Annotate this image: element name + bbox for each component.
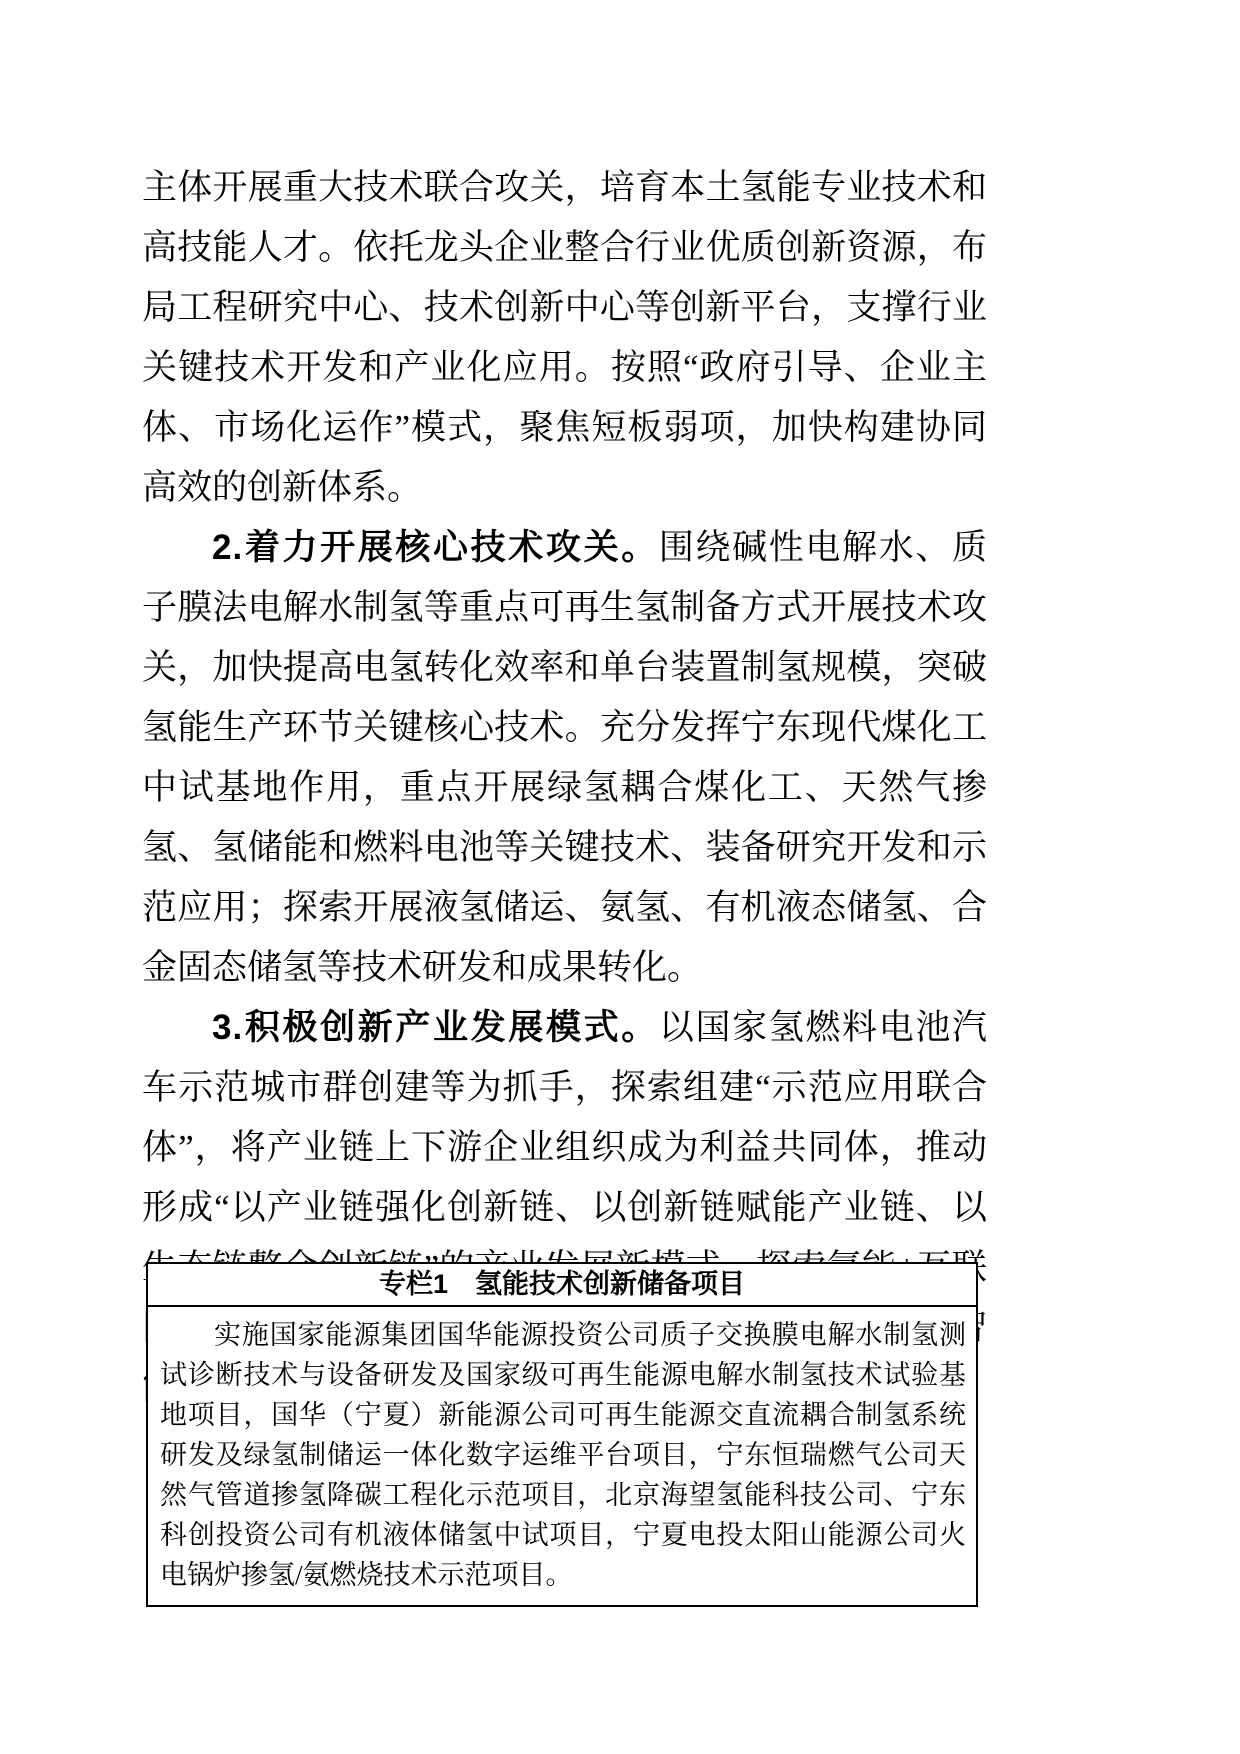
paragraph-item-3-heading: 3.积极创新产业发展模式。 <box>212 1008 659 1047</box>
paragraph-item-2-heading: 2.着力开展核心技术攻关。 <box>212 528 659 567</box>
column-box-content: 实施国家能源集团国华能源投资公司质子交换膜电解水制氢测试诊断技术与设备研发及国家… <box>148 1307 976 1605</box>
document-body: 主体开展重大技术联合攻关，培育本土氢能专业技术和高技能人才。依托龙头企业整合行业… <box>142 158 987 1418</box>
paragraph-continuation: 主体开展重大技术联合攻关，培育本土氢能专业技术和高技能人才。依托龙头企业整合行业… <box>142 158 987 518</box>
document-page: 主体开展重大技术联合攻关，培育本土氢能专业技术和高技能人才。依托龙头企业整合行业… <box>0 0 1240 1754</box>
column-box: 专栏1 氢能技术创新储备项目 实施国家能源集团国华能源投资公司质子交换膜电解水制… <box>146 1262 978 1607</box>
paragraph-item-2-text: 围绕碱性电解水、质子膜法电解水制氢等重点可再生氢制备方式开展技术攻关，加快提高电… <box>142 528 987 987</box>
paragraph-item-2: 2.着力开展核心技术攻关。围绕碱性电解水、质子膜法电解水制氢等重点可再生氢制备方… <box>142 518 987 998</box>
paragraph-continuation-text: 主体开展重大技术联合攻关，培育本土氢能专业技术和高技能人才。依托龙头企业整合行业… <box>142 168 987 507</box>
column-box-title: 专栏1 氢能技术创新储备项目 <box>148 1264 976 1307</box>
